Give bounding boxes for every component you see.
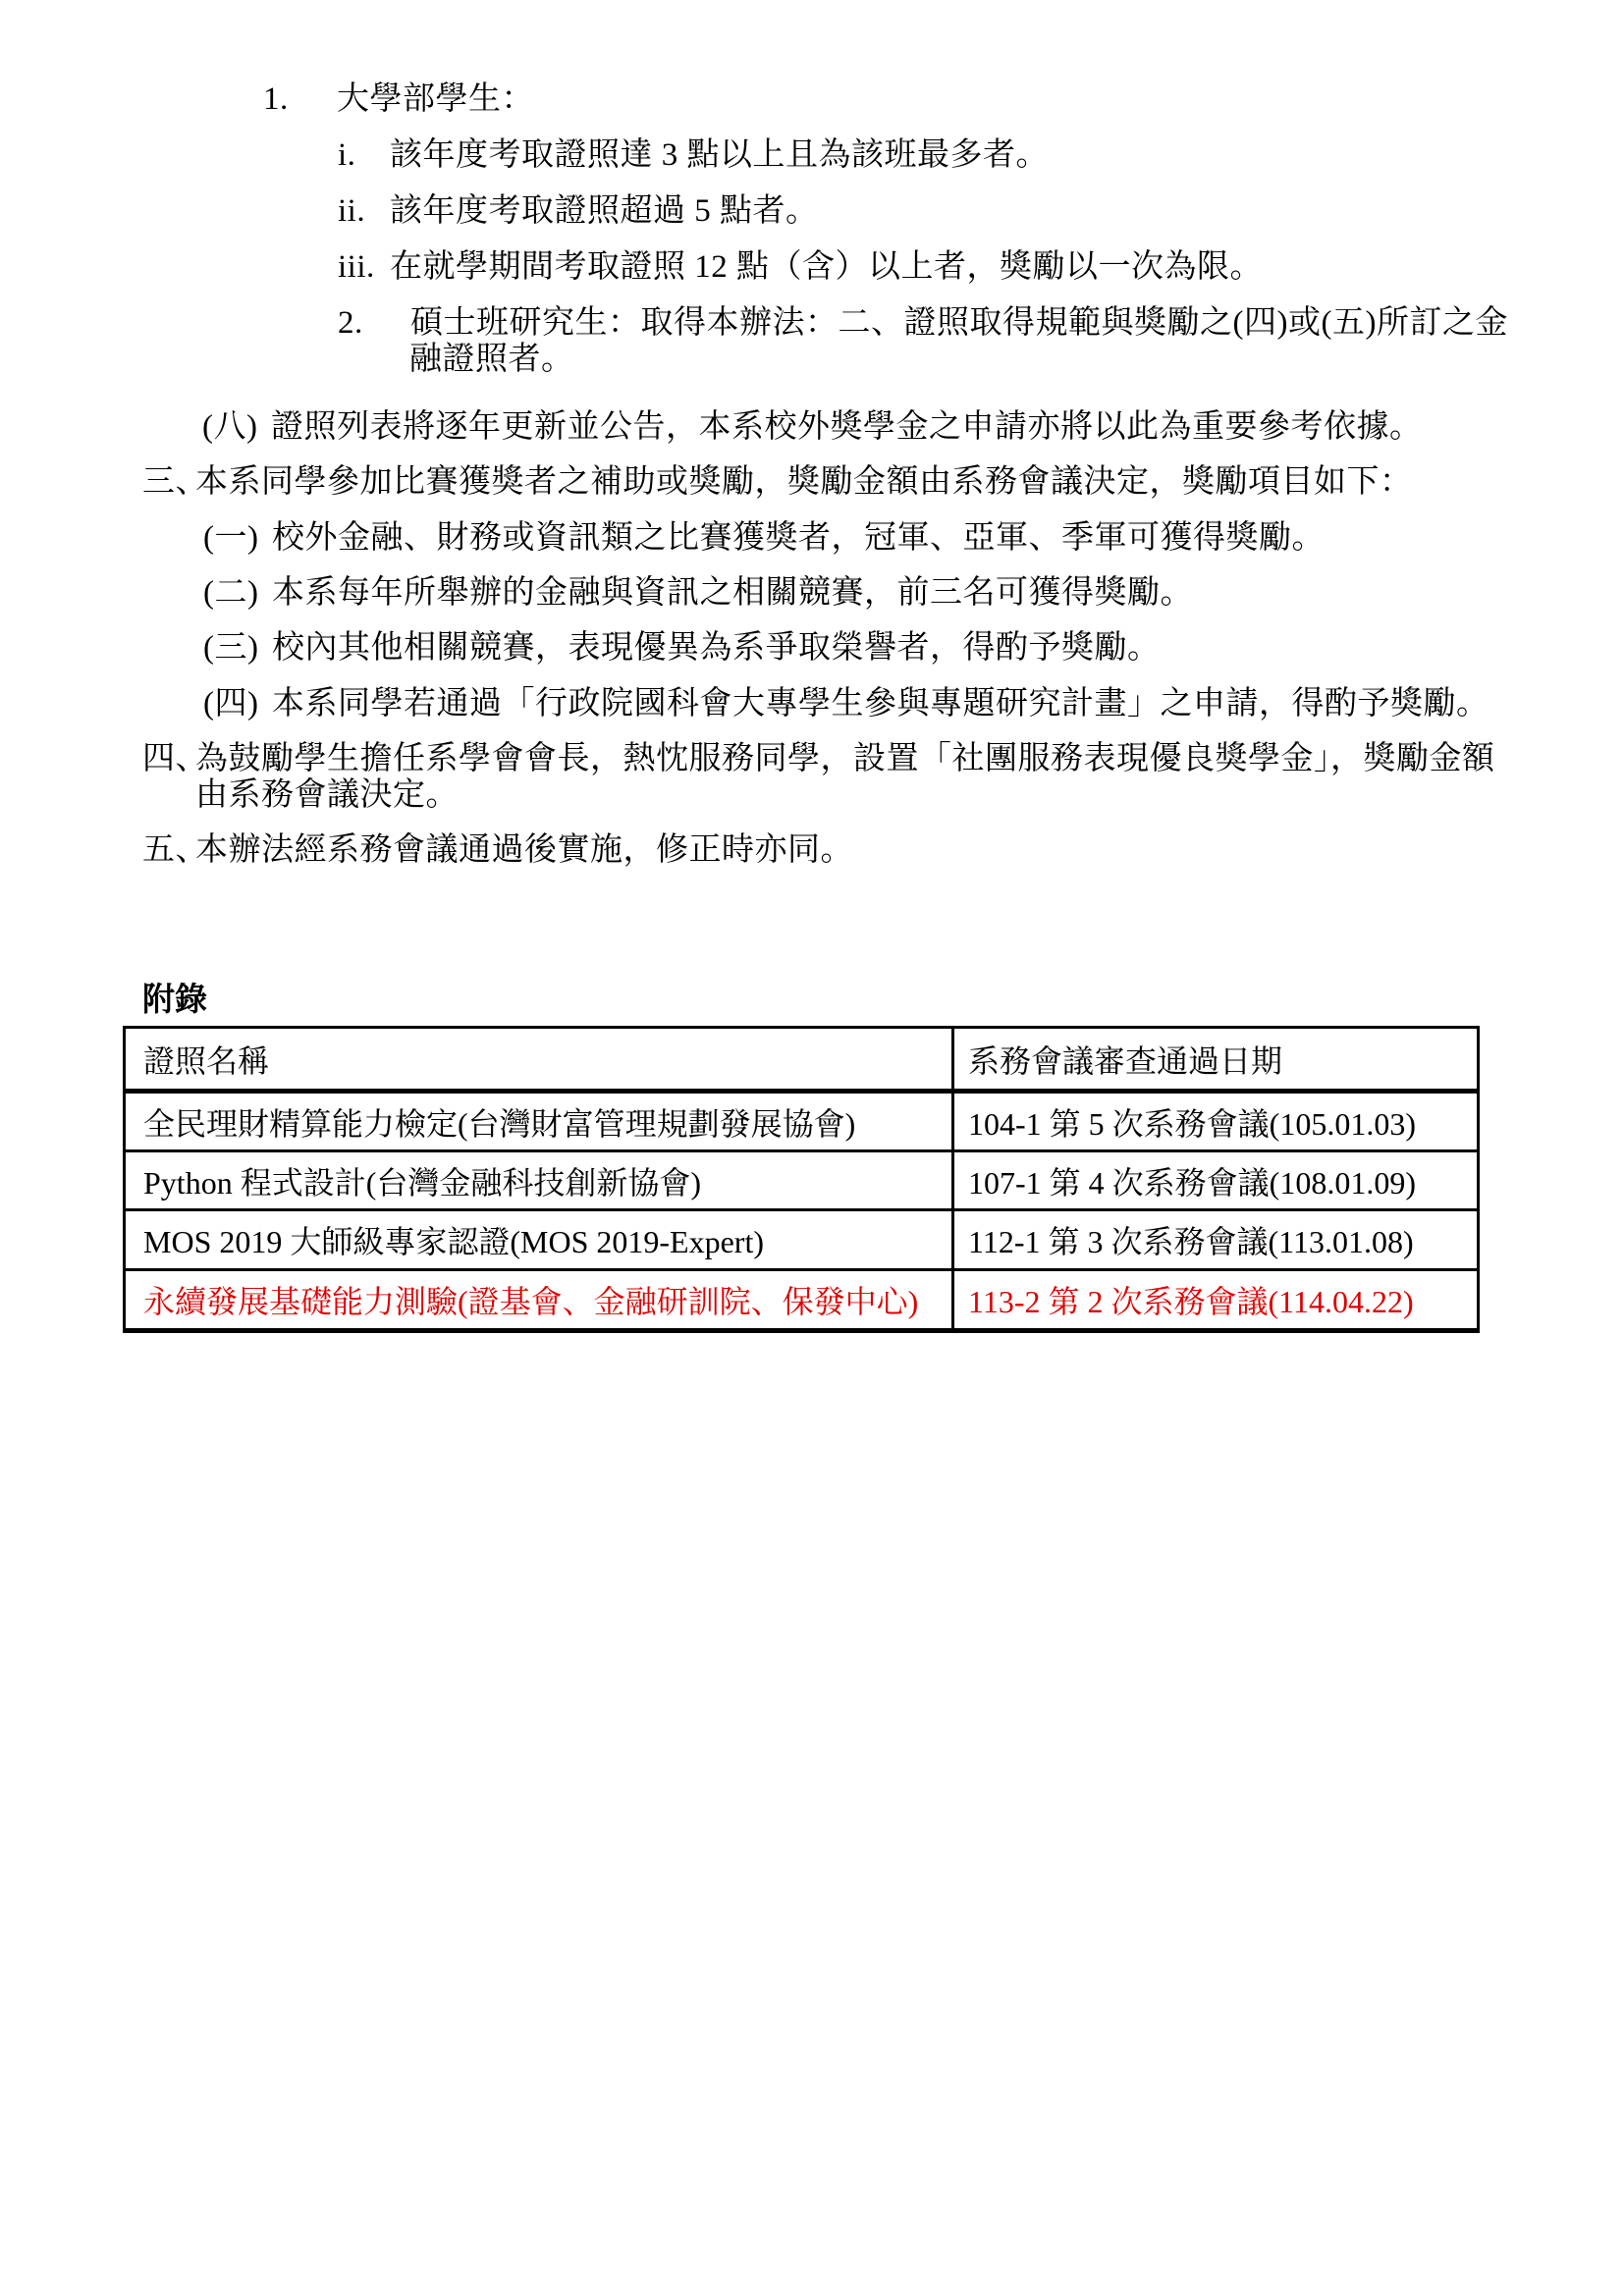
list-item-1: 1.大學部學生：	[263, 80, 534, 119]
approval-date-cell: 112-1 第 3 次系務會議(113.01.08)	[953, 1210, 1479, 1270]
col-header-approval-date: 系務會議審查通過日期	[953, 1028, 1479, 1092]
list-marker: 三、	[142, 462, 195, 502]
table-row: MOS 2019 大師級專家認證(MOS 2019-Expert) 112-1 …	[125, 1210, 1479, 1270]
list-text: 由系務會議決定。	[195, 777, 459, 813]
list-marker: iii.	[338, 247, 390, 287]
list-text: 本系同學若通過「行政院國科會大專學生參與專題研究計畫」之申請，得酌予獎勵。	[272, 686, 1489, 721]
list-item-2-wrap: 融證照者。	[409, 340, 574, 379]
approval-date-cell: 104-1 第 5 次系務會議(105.01.03)	[953, 1092, 1479, 1151]
list-text: 證照列表將逐年更新並公告，本系校外獎學金之申請亦將以此為重要參考依據。	[271, 409, 1423, 445]
document-page: 1.大學部學生： i.該年度考取證照達 3 點以上且為該班最多者。 ii.該年度…	[0, 0, 1624, 2296]
section-4: 四、為鼓勵學生擔任系學會會長，熱忱服務同學，設置「社團服務表現優良獎學金」，獎勵…	[142, 739, 1495, 778]
list-text: 為鼓勵學生擔任系學會會長，熱忱服務同學，設置「社團服務表現優良獎學金」，獎勵金額	[195, 741, 1495, 776]
approval-date-cell: 113-2 第 2 次系務會議(114.04.22)	[953, 1270, 1479, 1331]
list-marker: ii.	[338, 191, 390, 231]
cert-name-cell: Python 程式設計(台灣金融科技創新協會)	[125, 1151, 953, 1210]
list-marker: i.	[338, 135, 390, 175]
cert-name-cell: MOS 2019 大師級專家認證(MOS 2019-Expert)	[125, 1210, 953, 1270]
list-marker: (四)	[203, 684, 272, 723]
sub-item-ii: ii.該年度考取證照超過 5 點者。	[338, 191, 819, 231]
section-4-wrap: 由系務會議決定。	[195, 775, 459, 815]
section-5: 五、本辦法經系務會議通過後實施，修正時亦同。	[142, 830, 853, 870]
list-text: 大學部學生：	[337, 81, 534, 117]
sub-item-i: i.該年度考取證照達 3 點以上且為該班最多者。	[338, 135, 1049, 175]
list-marker: 2.	[338, 303, 410, 343]
list-item-2: 2.碩士班研究生：取得本辦法：二、證照取得規範與獎勵之(四)或(五)所訂之金	[338, 303, 1508, 343]
list-text: 該年度考取證照達 3 點以上且為該班最多者。	[390, 137, 1049, 173]
table-row: Python 程式設計(台灣金融科技創新協會) 107-1 第 4 次系務會議(…	[125, 1151, 1479, 1210]
list-marker: (八)	[202, 407, 271, 447]
item-8: (八)證照列表將逐年更新並公告，本系校外獎學金之申請亦將以此為重要參考依據。	[202, 407, 1423, 447]
item-3-4: (四)本系同學若通過「行政院國科會大專學生參與專題研究計畫」之申請，得酌予獎勵。	[203, 684, 1489, 723]
list-marker: (三)	[203, 628, 272, 667]
approval-date-cell: 107-1 第 4 次系務會議(108.01.09)	[953, 1151, 1479, 1210]
table-row-highlighted: 永續發展基礎能力測驗(證基會、金融研訓院、保發中心) 113-2 第 2 次系務…	[125, 1270, 1479, 1331]
list-marker: 1.	[263, 80, 337, 119]
list-text: 融證照者。	[409, 342, 574, 377]
list-text: 在就學期間考取證照 12 點（含）以上者，獎勵以一次為限。	[390, 249, 1263, 285]
list-marker: (一)	[203, 518, 272, 558]
cert-name-cell: 全民理財精算能力檢定(台灣財富管理規劃發展協會)	[125, 1092, 953, 1151]
cert-name-cell: 永續發展基礎能力測驗(證基會、金融研訓院、保發中心)	[125, 1270, 953, 1331]
list-text: 該年度考取證照超過 5 點者。	[390, 193, 819, 229]
item-3-1: (一)校外金融、財務或資訊類之比賽獲獎者，冠軍、亞軍、季軍可獲得獎勵。	[203, 518, 1325, 558]
list-text: 本系同學參加比賽獲獎者之補助或獎勵，獎勵金額由系務會議決定，獎勵項目如下：	[195, 464, 1413, 500]
list-text: 校外金融、財務或資訊類之比賽獲獎者，冠軍、亞軍、季軍可獲得獎勵。	[272, 520, 1325, 556]
item-3-3: (三)校內其他相關競賽，表現優異為系爭取榮譽者，得酌予獎勵。	[203, 628, 1161, 667]
col-header-cert-name: 證照名稱	[125, 1028, 953, 1092]
list-marker: (二)	[203, 573, 272, 613]
certificate-table: 證照名稱 系務會議審查通過日期 全民理財精算能力檢定(台灣財富管理規劃發展協會)…	[123, 1026, 1480, 1333]
list-text: 本辦法經系務會議通過後實施，修正時亦同。	[195, 832, 853, 868]
appendix-title: 附錄	[142, 981, 207, 1020]
list-text: 本系每年所舉辦的金融與資訊之相關競賽，前三名可獲得獎勵。	[272, 575, 1193, 611]
list-marker: 五、	[142, 830, 195, 870]
sub-item-iii: iii.在就學期間考取證照 12 點（含）以上者，獎勵以一次為限。	[338, 247, 1263, 287]
list-text: 校內其他相關競賽，表現優異為系爭取榮譽者，得酌予獎勵。	[272, 630, 1161, 666]
item-3-2: (二)本系每年所舉辦的金融與資訊之相關競賽，前三名可獲得獎勵。	[203, 573, 1193, 613]
section-3: 三、本系同學參加比賽獲獎者之補助或獎勵，獎勵金額由系務會議決定，獎勵項目如下：	[142, 462, 1413, 502]
list-marker: 四、	[142, 739, 195, 778]
list-text: 碩士班研究生：取得本辦法：二、證照取得規範與獎勵之(四)或(五)所訂之金	[410, 305, 1508, 341]
table-row: 全民理財精算能力檢定(台灣財富管理規劃發展協會) 104-1 第 5 次系務會議…	[125, 1092, 1479, 1151]
table-header-row: 證照名稱 系務會議審查通過日期	[125, 1028, 1479, 1092]
